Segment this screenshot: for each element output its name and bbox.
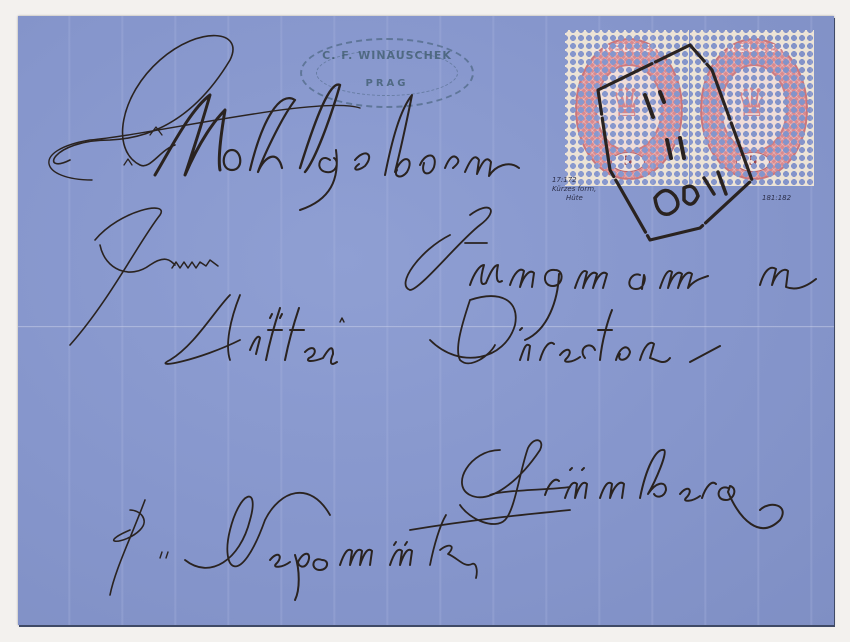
handwriting-salutation: [49, 36, 519, 210]
handwriting-layer: [0, 0, 850, 642]
postmark: [598, 45, 752, 240]
handwriting-title: [70, 208, 218, 345]
handwriting-name: [406, 208, 816, 340]
handwriting-town: [460, 440, 783, 528]
handwriting-position: [165, 295, 720, 364]
handwriting-via: [110, 493, 570, 600]
